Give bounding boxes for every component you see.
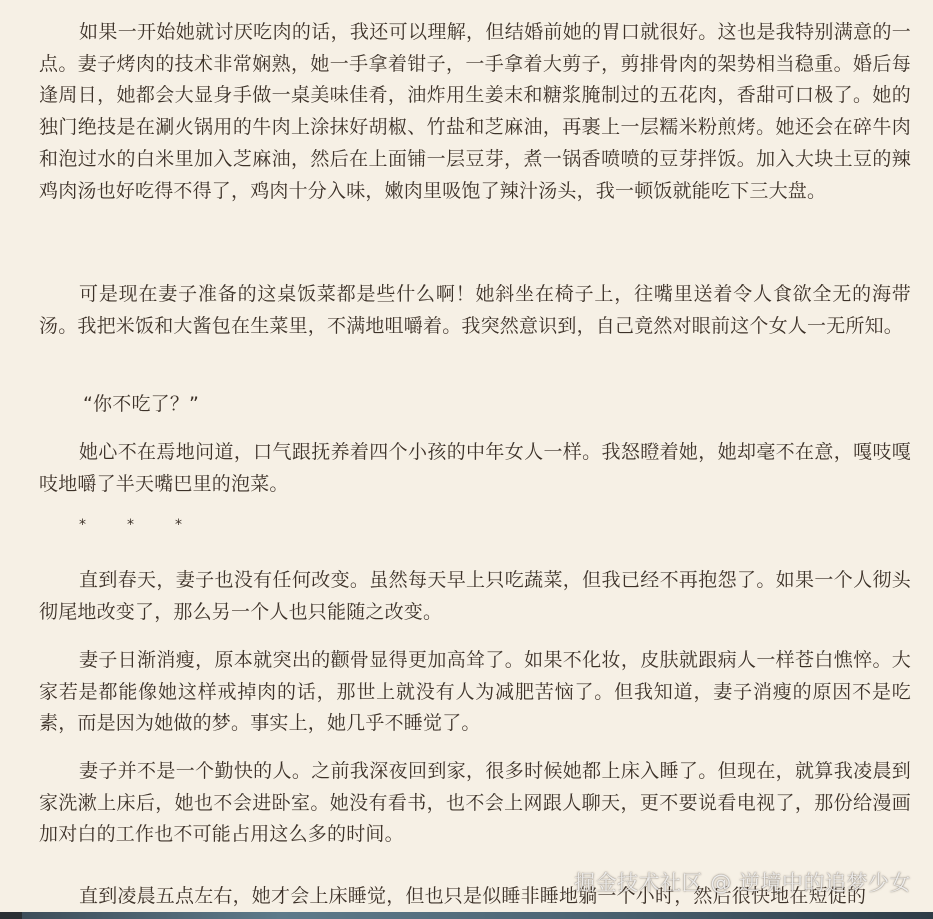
paragraph: 妻子并不是一个勤快的人。之前我深夜回到家，很多时候她都上床入睡了。但现在，就算我… [39, 756, 911, 851]
paragraph: 她心不在焉地问道，口气跟抚养着四个小孩的中年女人一样。我怒瞪着她，她却毫不在意，… [39, 437, 911, 500]
paragraph: 直到春天，妻子也没有任何改变。虽然每天早上只吃蔬菜，但我已经不再抱怨了。如果一个… [39, 565, 911, 628]
watermark: 掘金技术社区 @ 逆境中的追梦少女 [574, 867, 911, 897]
paragraph: 如果一开始她就讨厌吃肉的话，我还可以理解，但结婚前她的胃口就很好。这也是我特别满… [39, 17, 911, 207]
paragraph: 妻子日渐消瘦，原本就突出的颧骨显得更加高耸了。如果不化妆，皮肤就跟病人一样苍白憔… [39, 645, 911, 740]
paragraph: 可是现在妻子准备的这桌饭菜都是些什么啊！她斜坐在椅子上，往嘴里送着令人食欲全无的… [39, 279, 911, 342]
taskbar-edge [0, 912, 933, 919]
separator-star: * [79, 517, 127, 533]
separator-star: * [127, 517, 175, 533]
dialogue-line: “你不吃了？” [39, 389, 199, 421]
section-separator: *** [79, 517, 223, 533]
separator-star: * [175, 517, 223, 533]
